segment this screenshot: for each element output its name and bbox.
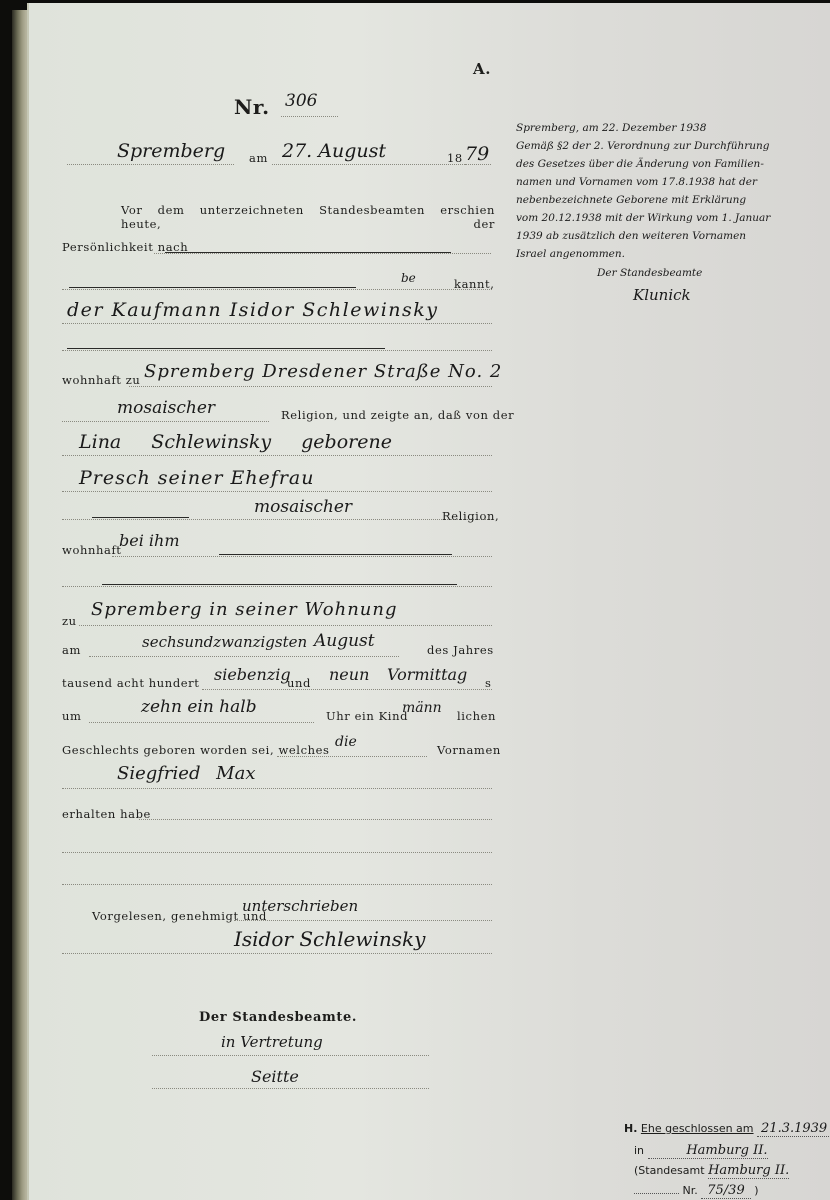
year-line <box>465 164 491 165</box>
strike-line <box>92 517 189 518</box>
am-birth-label: am <box>62 643 81 657</box>
signature-line <box>62 953 492 954</box>
strike-line <box>69 287 356 288</box>
mother-maiden-line <box>62 491 492 492</box>
informant-religion: mosaischer <box>117 398 215 418</box>
known-dotted <box>62 289 492 290</box>
registrar-signature: Seitte <box>251 1067 299 1086</box>
marriage-place: Hamburg II. <box>648 1143 768 1159</box>
margin-note-line: nebenbezeichnete Geborene mit Erklärung <box>516 191 746 209</box>
religion-line <box>62 421 269 422</box>
year-units: neun <box>329 665 369 684</box>
margin-note-line: Israel angenommen. <box>516 245 625 263</box>
received-line <box>139 819 492 820</box>
number-line <box>281 116 338 117</box>
time-of-day: Vormittag <box>387 665 467 684</box>
year-prefix: 18 <box>447 151 463 165</box>
child-names-line <box>62 788 492 789</box>
form-letter: A. <box>473 60 491 78</box>
mother-residing-label: wohnhaft <box>62 543 122 557</box>
strike-line <box>67 348 385 349</box>
thousand-label: tausend acht hundert <box>62 676 200 690</box>
marriage-label: Ehe geschlossen am <box>641 1122 754 1135</box>
blank-line-2 <box>62 852 492 853</box>
birth-date-line <box>89 656 399 657</box>
marriage-note: H. Ehe geschlossen am 21.3.1939 <box>624 1121 830 1136</box>
uhr-label: Uhr ein Kind <box>326 709 408 723</box>
place-line <box>67 164 234 165</box>
marriage-nr-row: Nr. 75/39 ) <box>634 1183 759 1198</box>
margin-note-line: namen und Vornamen vom 17.8.1938 hat der <box>516 173 757 191</box>
margin-note-line: Gemäß §2 der 2. Verordnung zur Durchführ… <box>516 137 770 155</box>
margin-note-line: Spremberg, am 22. Dezember 1938 <box>516 119 706 137</box>
strike-line <box>219 554 452 555</box>
registrar-deputy: in Vertretung <box>221 1033 323 1051</box>
religion-label: Religion, <box>442 509 499 523</box>
known-prefix: be <box>401 271 416 285</box>
registration-place: Spremberg <box>117 140 225 162</box>
marriage-office: Hamburg II. <box>708 1163 789 1179</box>
birth-day: sechsundzwanzigsten <box>142 633 307 651</box>
time-suffix: s <box>485 676 492 690</box>
received-label: erhalten habe <box>62 807 151 821</box>
informant-signature: Isidor Schlewinsky <box>234 927 425 951</box>
birth-place-line <box>79 625 492 626</box>
mother-religion-line <box>62 519 492 520</box>
religion-line-text: Religion, und zeigte an, daß von der <box>281 408 514 422</box>
article-line <box>277 756 427 757</box>
nr-blank <box>634 1193 679 1194</box>
registration-date: 27. August <box>282 140 386 162</box>
blank-line-3 <box>62 884 492 885</box>
birth-place: Spremberg in seiner Wohnung <box>91 599 398 620</box>
marriage-note-h: H. <box>624 1122 637 1135</box>
um-label: um <box>62 709 82 723</box>
intro-line: Vor dem unterzeichneten Standesbeamten e… <box>121 203 495 231</box>
marriage-place-row: in Hamburg II. <box>634 1143 768 1159</box>
registrar-title: Der Standesbeamte. <box>199 1010 357 1025</box>
record-number: 306 <box>285 91 317 111</box>
informant-extra-line <box>62 350 492 351</box>
gender-line: Geschlechts geboren worden sei, welches <box>62 743 330 757</box>
mother-residence-line <box>112 556 492 557</box>
number-label: Nr. <box>234 95 270 119</box>
article: die <box>335 734 357 750</box>
marriage-in-label: in <box>634 1144 644 1157</box>
marriage-nr: 75/39 <box>701 1183 750 1199</box>
mother-religion: mosaischer <box>254 497 352 517</box>
personality-dotted <box>154 253 491 254</box>
mother-residence: bei ihm <box>119 531 180 550</box>
child-names: Siegfried Max <box>117 763 256 784</box>
registrar-sign-line <box>152 1088 429 1089</box>
informant-name: der Kaufmann Isidor Schlewinsky <box>67 299 439 321</box>
mother-line <box>62 455 492 456</box>
margin-note-signature: Klunick <box>633 286 691 304</box>
marriage-nr-label: Nr. <box>683 1184 698 1197</box>
margin-note-title: Der Standesbeamte <box>597 264 702 282</box>
year-label: des Jahres <box>427 643 494 657</box>
vornamen-label: Vornamen <box>437 743 501 757</box>
marriage-close: ) <box>754 1184 758 1197</box>
marriage-office-row: (Standesamt Hamburg II. <box>634 1163 789 1178</box>
und-label: und <box>287 676 311 690</box>
register-page: A. Nr. 306 Spremberg am 27. August 18 79… <box>27 3 830 1200</box>
margin-note-line: des Gesetzes über die Änderung von Famil… <box>516 155 764 173</box>
residence-line <box>129 386 492 387</box>
marriage-date: 21.3.1939 <box>757 1121 830 1137</box>
mother-maiden-name: Presch seiner Ehefrau <box>79 467 314 489</box>
informant-residence: Spremberg Dresdener Straße No. 2 <box>144 361 502 382</box>
child-sex: männ <box>402 700 442 716</box>
known-label: kannt, <box>454 277 495 291</box>
year-suffix: 79 <box>465 143 489 165</box>
residing-label: wohnhaft zu <box>62 373 140 387</box>
strike-line <box>165 252 451 253</box>
birth-month: August <box>314 631 375 651</box>
blank-line <box>62 586 492 587</box>
birth-year-line <box>202 689 492 690</box>
am-label: am <box>249 151 268 165</box>
informant-line <box>62 323 492 324</box>
birth-place-label: zu <box>62 614 77 628</box>
strike-line <box>102 584 457 585</box>
margin-note-line: 1939 ab zusätzlich den weiteren Vornamen <box>516 227 746 245</box>
mother-name: Lina Schlewinsky geborene <box>79 431 392 453</box>
marriage-office-label: (Standesamt <box>634 1164 705 1177</box>
signed-word: unterschrieben <box>242 897 358 915</box>
deputy-line <box>152 1055 429 1056</box>
birth-hour: zehn ein halb <box>141 697 257 717</box>
hour-line <box>89 722 314 723</box>
signed-line <box>234 920 492 921</box>
year-tens: siebenzig <box>214 665 291 684</box>
date-line <box>272 164 467 165</box>
margin-note-line: vom 20.12.1938 mit der Wirkung vom 1. Ja… <box>516 209 770 227</box>
sex-suffix: lichen <box>457 709 496 723</box>
